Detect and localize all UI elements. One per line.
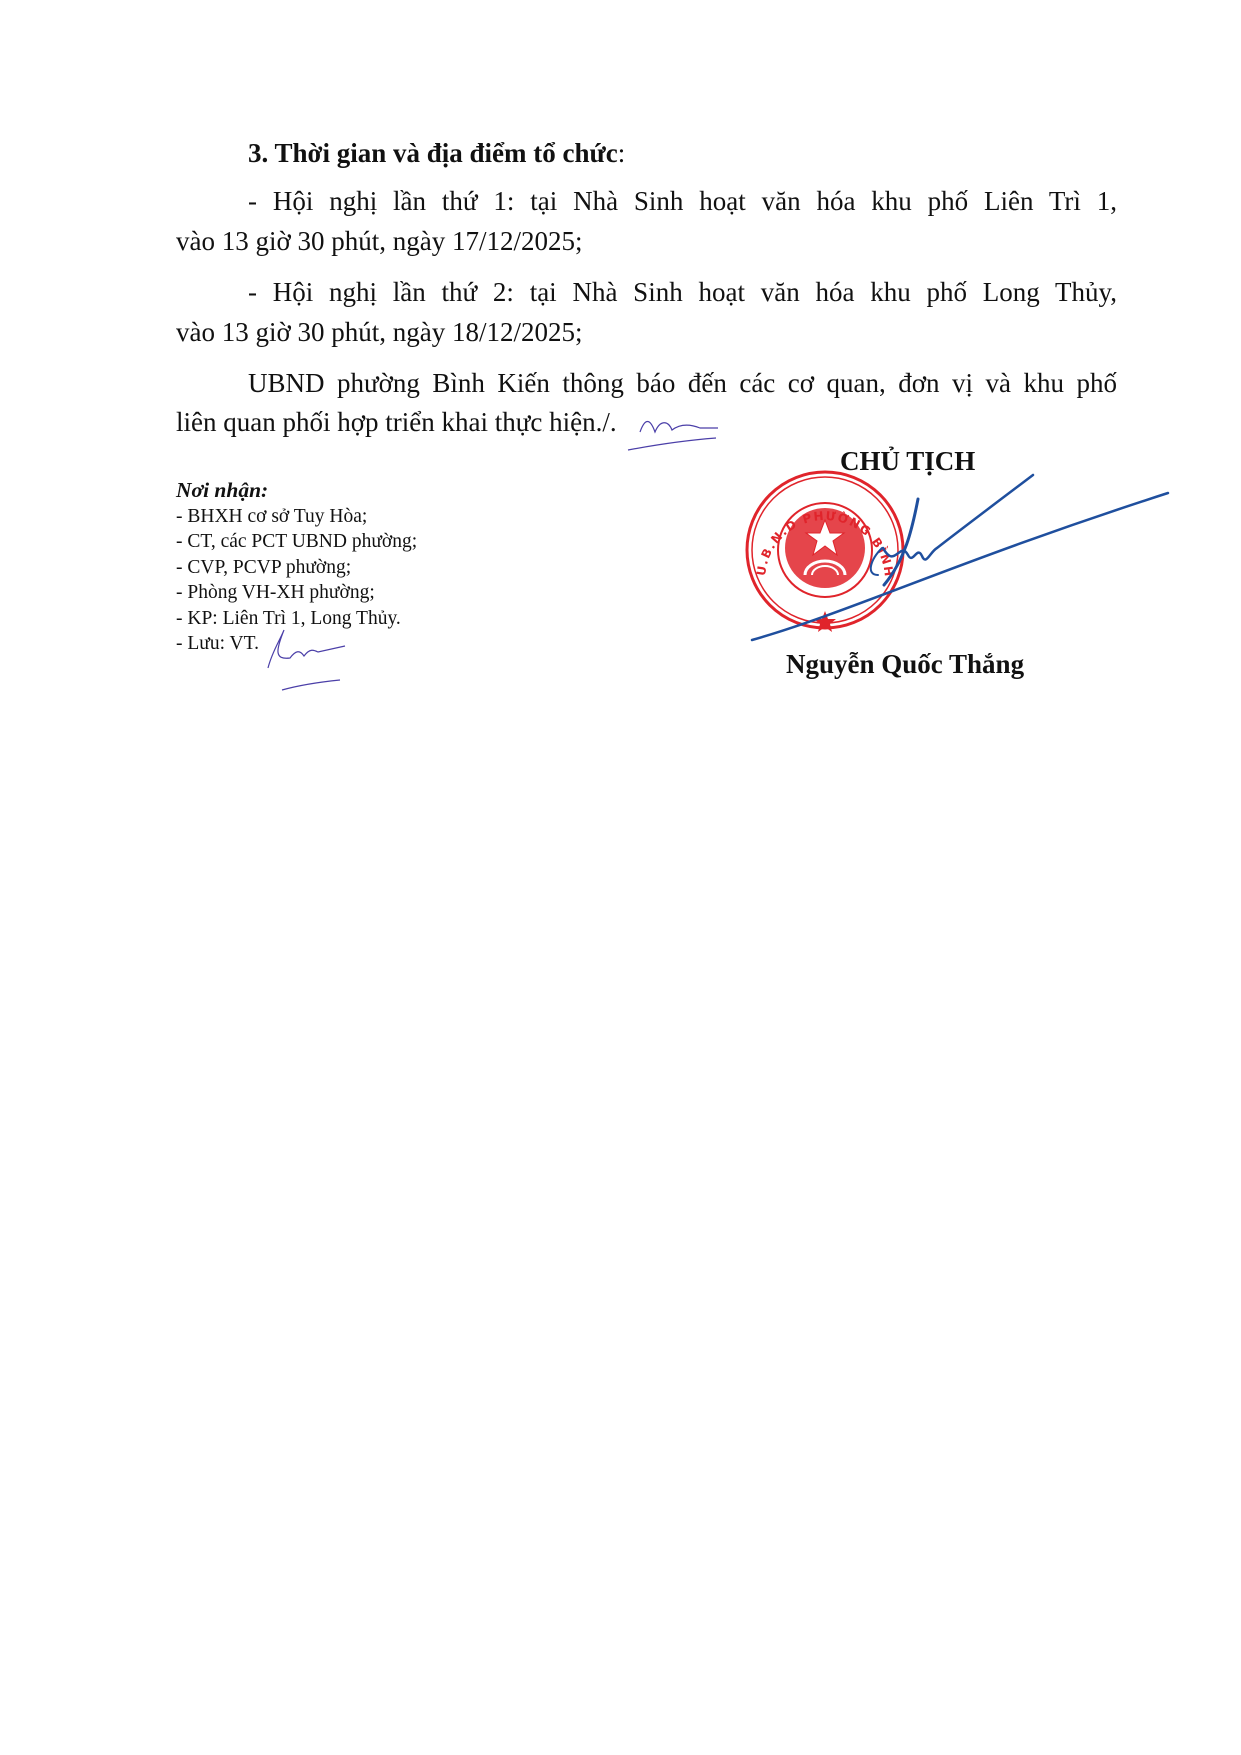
meeting1-line2: vào 13 giờ 30 phút, ngày 17/12/2025; [176, 225, 583, 257]
recipients-block: Nơi nhận: - BHXH cơ sở Tuy Hòa; - CT, cá… [176, 478, 417, 657]
closing-line2: liên quan phối hợp triển khai thực hiện.… [176, 406, 617, 438]
seal-star-icon [806, 520, 844, 555]
meeting1-line1: - Hội nghị lần thứ 1: tại Nhà Sinh hoạt … [248, 185, 1117, 217]
section-heading-colon: : [618, 138, 626, 168]
recipient-item: - CT, các PCT UBND phường; [176, 529, 417, 555]
recipient-item: - Phòng VH-XH phường; [176, 580, 417, 606]
closing-line1: UBND phường Bình Kiến thông báo đến các … [248, 367, 1117, 399]
chairman-signature [752, 475, 1168, 640]
meeting2-line1: - Hội nghị lần thứ 2: tại Nhà Sinh hoạt … [248, 276, 1117, 308]
recipient-item: - BHXH cơ sở Tuy Hòa; [176, 504, 417, 530]
seal-bottom-star-icon [814, 611, 836, 632]
recipient-item: - CVP, PCVP phường; [176, 555, 417, 581]
recipient-item: - KP: Liên Trì 1, Long Thủy. [176, 606, 417, 632]
signer-name: Nguyễn Quốc Thắng [786, 649, 1024, 680]
section-heading-text: 3. Thời gian và địa điểm tổ chức [248, 138, 618, 168]
recipient-item: - Lưu: VT. [176, 631, 417, 657]
recipients-title: Nơi nhận: [176, 478, 417, 504]
signature-overlay: U.B.N.D PHƯỜNG BÌNH KIẾN T.ĐẮK LẮK [0, 0, 1241, 1755]
initials-body [628, 422, 718, 451]
signer-position: CHỦ TỊCH [840, 446, 975, 477]
meeting2-line2: vào 13 giờ 30 phút, ngày 18/12/2025; [176, 316, 583, 348]
section-heading: 3. Thời gian và địa điểm tổ chức: [248, 137, 625, 169]
